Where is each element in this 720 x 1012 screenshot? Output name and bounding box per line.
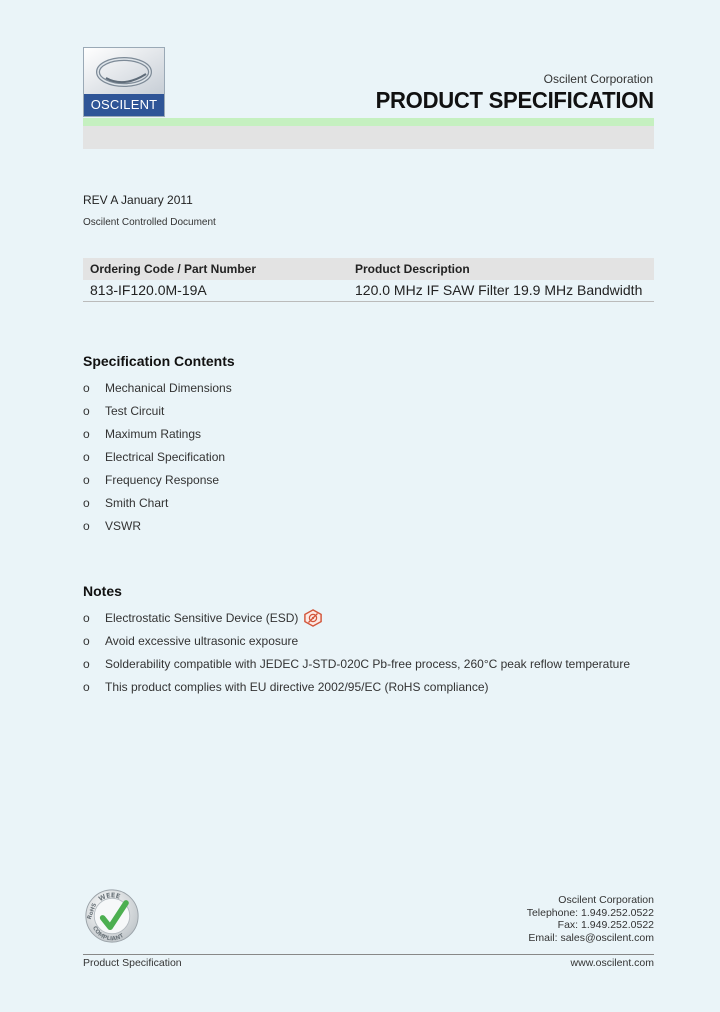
header-product-description: Product Description — [355, 262, 470, 276]
ordering-table-header: Ordering Code / Part Number Product Desc… — [83, 258, 654, 280]
logo-ring-icon — [84, 48, 164, 94]
ordering-table: Ordering Code / Part Number Product Desc… — [83, 258, 654, 302]
footer-contact: Oscilent Corporation Telephone: 1.949.25… — [527, 894, 654, 944]
bullet: o — [83, 381, 105, 395]
list-item-text: Test Circuit — [105, 404, 164, 418]
bullet: o — [83, 496, 105, 510]
list-item-text: Solderability compatible with JEDEC J-ST… — [105, 657, 630, 671]
list-item-text: Avoid excessive ultrasonic exposure — [105, 634, 298, 648]
footer-divider — [83, 954, 654, 955]
header-part-number: Ordering Code / Part Number — [90, 262, 256, 276]
list-item-text: Smith Chart — [105, 496, 168, 510]
bullet: o — [83, 473, 105, 487]
logo-text: OSCILENT — [84, 94, 164, 116]
bullet: o — [83, 611, 105, 625]
list-item: oThis product complies with EU directive… — [83, 675, 630, 698]
footer-company: Oscilent Corporation — [527, 894, 654, 907]
document-page: OSCILENT Oscilent Corporation PRODUCT SP… — [0, 0, 720, 1012]
revision-text: REV A January 2011 — [83, 193, 193, 207]
bullet: o — [83, 427, 105, 441]
table-row: 813-IF120.0M-19A 120.0 MHz IF SAW Filter… — [83, 280, 654, 302]
header-band-grey — [83, 126, 654, 149]
list-item: oAvoid excessive ultrasonic exposure — [83, 629, 630, 652]
list-item: oFrequency Response — [83, 468, 232, 491]
list-item-text: VSWR — [105, 519, 141, 533]
list-item: oSolderability compatible with JEDEC J-S… — [83, 652, 630, 675]
list-item: oVSWR — [83, 514, 232, 537]
esd-warning-icon — [304, 609, 322, 627]
header-band-green — [83, 118, 654, 126]
page-title: PRODUCT SPECIFICATION — [376, 87, 654, 114]
notes-list: o Electrostatic Sensitive Device (ESD) o… — [83, 606, 630, 698]
list-item-text: Electrostatic Sensitive Device (ESD) — [105, 611, 298, 625]
footer-website-link[interactable]: www.oscilent.com — [571, 957, 654, 969]
list-item-text: Electrical Specification — [105, 450, 225, 464]
bullet: o — [83, 450, 105, 464]
list-item-text: Mechanical Dimensions — [105, 381, 232, 395]
footer-email: Email: sales@oscilent.com — [527, 932, 654, 945]
list-item: oMechanical Dimensions — [83, 376, 232, 399]
part-number: 813-IF120.0M-19A — [90, 282, 207, 298]
footer-telephone: Telephone: 1.949.252.0522 — [527, 907, 654, 920]
list-item-text: Frequency Response — [105, 473, 219, 487]
bullet: o — [83, 519, 105, 533]
rohs-compliant-badge-icon: WEEE COMPLIANT RoHS — [84, 888, 140, 944]
footer-doc-label: Product Specification — [83, 957, 182, 969]
list-item-text: Maximum Ratings — [105, 427, 201, 441]
list-item: oMaximum Ratings — [83, 422, 232, 445]
oscilent-logo: OSCILENT — [83, 47, 165, 117]
bullet: o — [83, 657, 105, 671]
list-item: oTest Circuit — [83, 399, 232, 422]
list-item-text: This product complies with EU directive … — [105, 680, 489, 694]
spec-contents-list: oMechanical Dimensions oTest Circuit oMa… — [83, 376, 232, 537]
list-item: oElectrical Specification — [83, 445, 232, 468]
list-item: oSmith Chart — [83, 491, 232, 514]
spec-contents-title: Specification Contents — [83, 353, 235, 369]
bullet: o — [83, 634, 105, 648]
notes-title: Notes — [83, 583, 122, 599]
product-description: 120.0 MHz IF SAW Filter 19.9 MHz Bandwid… — [355, 282, 642, 298]
bullet: o — [83, 680, 105, 694]
list-item: o Electrostatic Sensitive Device (ESD) — [83, 606, 630, 629]
bullet: o — [83, 404, 105, 418]
footer-fax: Fax: 1.949.252.0522 — [527, 919, 654, 932]
controlled-document-text: Oscilent Controlled Document — [83, 217, 216, 228]
company-name: Oscilent Corporation — [544, 72, 653, 86]
